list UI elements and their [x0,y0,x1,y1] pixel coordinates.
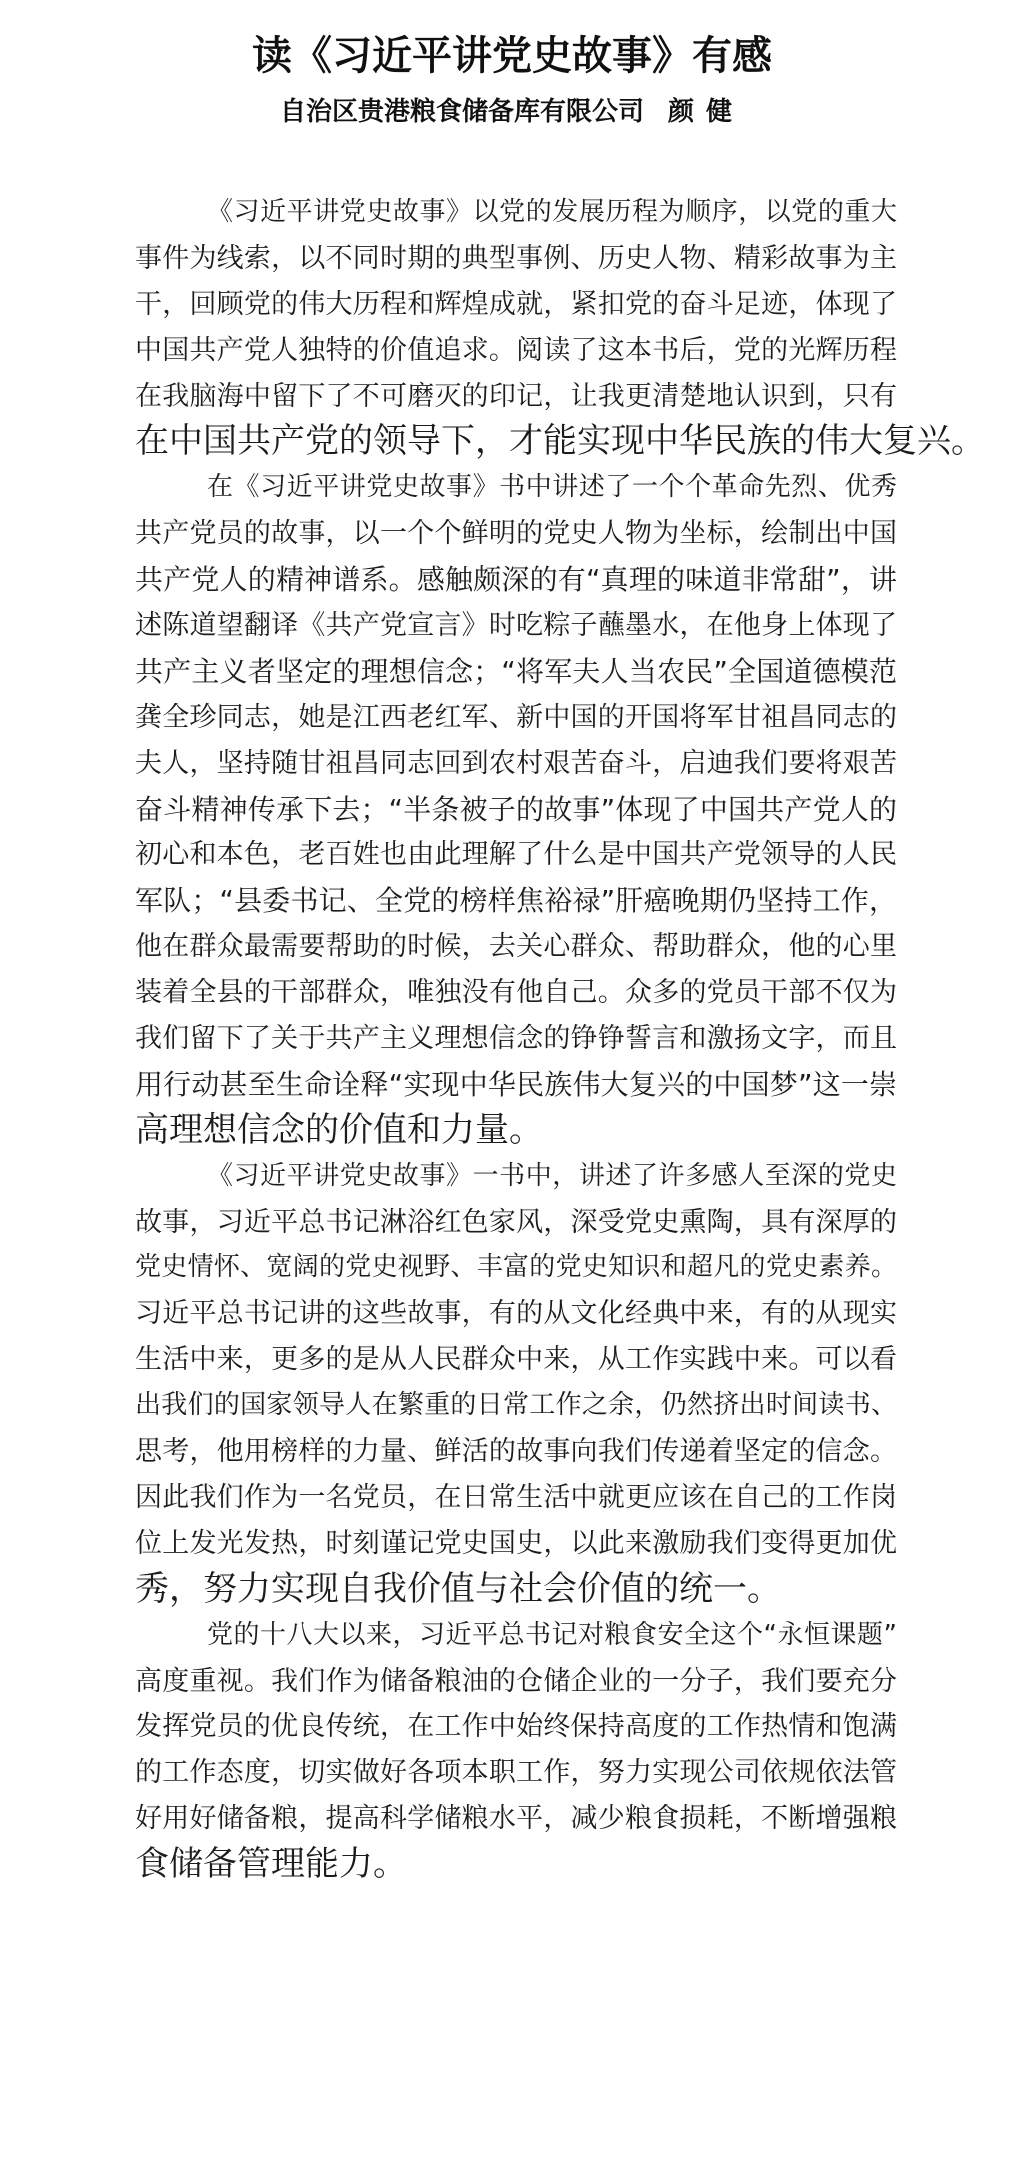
text-line: 高理想信念的价值和力量。 [135,1108,897,1154]
text-line: 事件为线索，以不同时期的典型事例、历史人物、精彩故事为主 [135,236,897,282]
text-line: 中国共产党人独特的价值追求。阅读了这本书后，党的光辉历程 [135,328,897,374]
article-body: 《习近平讲党史故事》以党的发展历程为顺序，以党的重大 事件为线索，以不同时期的典… [135,190,897,1888]
paragraph-4: 党的十八大以来，习近平总书记对粮食安全这个“永恒课题” 高度重视。我们作为储备粮… [135,1613,897,1888]
text-line: 生活中来，更多的是从人民群众中来，从工作实践中来。可以看 [135,1337,897,1383]
text-line: 出我们的国家领导人在繁重的日常工作之余，仍然挤出时间读书、 [135,1383,897,1429]
text-line: 秀，努力实现自我价值与社会价值的统一。 [135,1567,897,1613]
text-line: 党史情怀、宽阔的党史视野、丰富的党史知识和超凡的党史素养。 [135,1245,897,1291]
paragraph-1: 《习近平讲党史故事》以党的发展历程为顺序，以党的重大 事件为线索，以不同时期的典… [135,190,897,465]
text-line: 《习近平讲党史故事》以党的发展历程为顺序，以党的重大 [135,190,897,236]
text-line: 奋斗精神传承下去；“半条被子的故事”体现了中国共产党人的 [135,787,897,833]
text-line: 干，回顾党的伟大历程和辉煌成就，紧扣党的奋斗足迹，体现了 [135,282,897,328]
text-line: 军队；“县委书记、全党的榜样焦裕禄”肝癌晚期仍坚持工作， [135,878,897,924]
text-line: 食储备管理能力。 [135,1842,897,1888]
page-title: 读《习近平讲党史故事》有感 [0,31,1024,81]
text-line: 夫人，坚持随甘祖昌同志回到农村艰苦奋斗，启迪我们要将艰苦 [135,741,897,787]
text-line: 在中国共产党的领导下，才能实现中华民族的伟大复兴。 [135,419,897,465]
byline-organization: 自治区贵港粮食储备库有限公司 [280,97,644,127]
text-line: 的工作态度，切实做好各项本职工作，努力实现公司依规依法管 [135,1750,897,1796]
text-line: 他在群众最需要帮助的时候，去关心群众、帮助群众，他的心里 [135,924,897,970]
text-line: 故事，习近平总书记淋浴红色家风，深受党史熏陶，具有深厚的 [135,1200,897,1246]
text-line: 我们留下了关于共产主义理想信念的铮铮誓言和激扬文字，而且 [135,1016,897,1062]
text-line: 龚全珍同志，她是江西老红军、新中国的开国将军甘祖昌同志的 [135,695,897,741]
text-line: 高度重视。我们作为储备粮油的仓储企业的一分子，我们要充分 [135,1659,897,1705]
paragraph-2: 在《习近平讲党史故事》书中讲述了一个个革命先烈、优秀 共产党员的故事，以一个个鲜… [135,465,897,1153]
text-line: 用行动甚至生命诠释“实现中华民族伟大复兴的中国梦”这一崇 [135,1062,897,1108]
text-line: 习近平总书记讲的这些故事，有的从文化经典中来，有的从现实 [135,1291,897,1337]
text-line: 装着全县的干部群众，唯独没有他自己。众多的党员干部不仅为 [135,970,897,1016]
text-line: 初心和本色，老百姓也由此理解了什么是中国共产党领导的人民 [135,832,897,878]
byline-author: 颜健 [668,97,744,127]
text-line: 共产主义者坚定的理想信念；“将军夫人当农民”全国道德模范 [135,649,897,695]
text-line: 发挥党员的优良传统，在工作中始终保持高度的工作热情和饱满 [135,1704,897,1750]
text-line: 在《习近平讲党史故事》书中讲述了一个个革命先烈、优秀 [135,465,897,511]
text-line: 因此我们作为一名党员，在日常生活中就更应该在自己的工作岗 [135,1475,897,1521]
text-line: 述陈道望翻译《共产党宣言》时吃粽子蘸墨水，在他身上体现了 [135,603,897,649]
byline: 自治区贵港粮食储备库有限公司颜健 [0,92,1024,132]
paragraph-3: 《习近平讲党史故事》一书中，讲述了许多感人至深的党史 故事，习近平总书记淋浴红色… [135,1154,897,1613]
text-line: 思考，他用榜样的力量、鲜活的故事向我们传递着坚定的信念。 [135,1429,897,1475]
text-line: 位上发光发热，时刻谨记党史国史，以此来激励我们变得更加优 [135,1521,897,1567]
text-line: 共产党人的精神谱系。感触颇深的有“真理的味道非常甜”，讲 [135,557,897,603]
text-line: 党的十八大以来，习近平总书记对粮食安全这个“永恒课题” [135,1613,897,1659]
text-line: 好用好储备粮，提高科学储粮水平，减少粮食损耗，不断增强粮 [135,1796,897,1842]
text-line: 在我脑海中留下了不可磨灭的印记，让我更清楚地认识到，只有 [135,374,897,420]
text-line: 共产党员的故事，以一个个鲜明的党史人物为坐标，绘制出中国 [135,511,897,557]
text-line: 《习近平讲党史故事》一书中，讲述了许多感人至深的党史 [135,1154,897,1200]
